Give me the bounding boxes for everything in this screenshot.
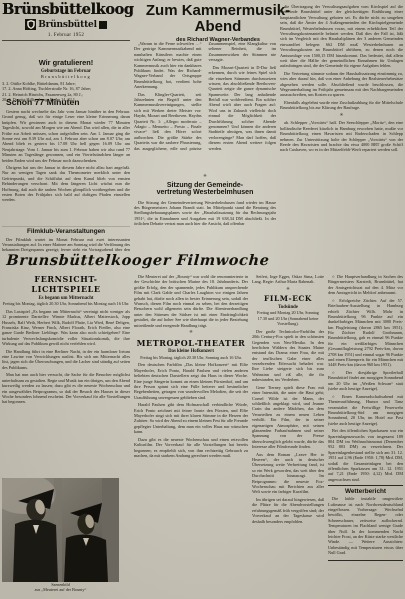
photo-caption-line2: aus „Meuterei auf der Bounty“ [2, 587, 119, 592]
filmeck-body: Der große Technicolor-Farbfilm der 20th … [252, 329, 324, 524]
paragraph: Gene Tierney spielt diese Frau mit einer… [252, 385, 324, 450]
paragraph: „Warum in die Ferne schweifen …“ Der ges… [134, 41, 202, 90]
section-separator: ✳ [134, 174, 276, 179]
paragraph: Harald Paulsen gibt dem Hofmarschall ver… [134, 402, 248, 434]
paragraph: Das Lustspiel „Es begann um Mitternacht“… [2, 309, 130, 347]
fernsicht-body: Das Lustspiel „Es begann um Mitternacht“… [2, 309, 130, 405]
paragraph: Übrigens hat uns der Januar in diesem Ja… [2, 165, 130, 203]
filmwoche-banner: Brunsbüttelkooger Filmwoche [0, 252, 276, 269]
masthead-ornament-block [99, 21, 107, 29]
gemeinde-headline-line1: Sitzung der Gemeinde- [134, 182, 276, 190]
city-crest-icon [25, 19, 36, 30]
paragraph: Die Meuterei auf der „Bounty“ war wohl d… [134, 274, 248, 328]
masthead-city-title: Brünsbüttelkoog [2, 2, 130, 17]
fernsicht-schedule: Freitag bis Montag, täglich 20.30 Uhr, S… [2, 301, 130, 306]
section-filmklub: Filmklub-Veranstaltungen Der Filmklub wa… [2, 226, 130, 254]
section-separator: ✳ [280, 113, 403, 118]
section-metropol-column: Die Meuterei auf der „Bounty“ war wohl d… [134, 274, 248, 596]
gratulieren-town-label: Brunsbüttelkoog [2, 74, 130, 79]
filmklub-headline: Filmklub-Veranstaltungen [2, 228, 130, 235]
filmeck-schedule: Freitag und Montag 20 Uhr, Sonntag 17.30… [252, 310, 324, 326]
paragraph: die Übertragung der Verwaltungsaufgaben … [280, 4, 403, 69]
metropol-schedule: Freitag bis Montag, täglich 20.30 Uhr, S… [134, 355, 248, 360]
sparkasse-report: Bei den öffentlichen Sparkassen war ein … [328, 428, 403, 482]
section-gratulieren: Wir gratulieren! Geburtstage im Februar … [2, 57, 130, 103]
paragraph: Die Sitzung der Gemeindevertretung Weste… [134, 200, 276, 227]
gemeinde-continuation: die Übertragung der Verwaltungsaufgaben … [280, 4, 403, 111]
newspaper-page: Brünsbüttelkoog Brünsbüttel 1. Februar 1… [0, 0, 405, 599]
gratulieren-subtitle: Geburtstage im Februar [2, 69, 130, 74]
section-separator: ✳ [134, 330, 248, 335]
metropol-body: Den deutschen Farbfilm „Das kleine Hofko… [134, 362, 248, 458]
paragraph: Seifert, Inge Egger, Oskar Sima, Lotte L… [252, 274, 324, 285]
section-kammermusik-head: Zum Kammermusik-Abend des Richard Wagner… [134, 3, 302, 43]
right-column-bottom: ○ Die Hauptverhandlung in Sachen des Bür… [328, 274, 403, 596]
paragraph: Dazu gibt es die neueste Wochenschau und… [134, 437, 248, 459]
masthead-district-title: Brünsbüttel [38, 20, 97, 30]
section-fernsicht: FERNSICHT-LICHTSPIELE Es begann um Mitte… [2, 274, 130, 476]
paragraph: ○ Die Hauptverhandlung in Sachen des Bür… [328, 274, 403, 296]
metropol-film-title: Das kleine Hofkonzert [134, 349, 248, 354]
filmeck-film-title: Todsünde [252, 305, 324, 310]
paragraph: ab. Schlepper „Vorwärts“ half. Der Seesc… [280, 120, 403, 152]
issue-date: 1. Februar 1952 [2, 33, 130, 41]
kammermusik-headline: Zum Kammermusik-Abend [134, 3, 302, 35]
paragraph: Im übrigen sei darauf hingewiesen, daß d… [252, 497, 324, 524]
section-77-minuten: Schon 77 Minuten Gestern nacht wechselte… [2, 97, 130, 225]
paragraph: Gestern nacht wechselte das Jahr vom Jan… [2, 109, 130, 163]
masthead: Brünsbüttelkoog Brünsbüttel 1. Februar 1… [2, 2, 130, 41]
paragraph: Den deutschen Farbfilm „Das kleine Hofko… [134, 362, 248, 400]
paragraph: Das Mozart-Quartett in D-Dur ließ erkenn… [209, 65, 277, 151]
section-separator: ✳ [252, 287, 324, 292]
paragraph: ○ Erfolgreiche Züchter. Auf der 57. Brie… [328, 298, 403, 368]
fernsicht-film-title: Es begann um Mitternacht [2, 296, 130, 301]
bounty-scene-illustration [2, 478, 119, 582]
paragraph: Ebenfalls abgelehnt wurde eine Zuschußza… [280, 100, 403, 111]
weather-headline: Wetterbericht [328, 488, 403, 495]
paragraph: Die Vertretung stimmte sodann der Hausha… [280, 71, 403, 98]
filmeck-cinema-name: FILM-ECK [252, 294, 324, 303]
schlepper-brief: ab. Schlepper „Vorwärts“ half. Der Seesc… [280, 120, 403, 152]
paragraph: Aus dem Roman „Leave Her to Heaven“, der… [252, 452, 324, 495]
gratulieren-title: Wir gratulieren! [2, 58, 130, 67]
gemeinde-headline-line2: vertretung Westerbelmhusen [134, 189, 276, 197]
paragraph: Der große Technicolor-Farbfilm der 20th … [252, 329, 324, 383]
cast-carryover: Seifert, Inge Egger, Oskar Sima, Lotte L… [252, 274, 324, 285]
weather-box: Wetterbericht Die kühle instabile umgewä… [328, 485, 403, 560]
news-briefs: ○ Die Hauptverhandlung in Sachen des Bür… [328, 274, 403, 426]
minuten-headline: Schon 77 Minuten [6, 97, 130, 107]
shield-icon [27, 20, 35, 29]
fernsicht-cinema-name: FERNSICHT-LICHTSPIELE [2, 274, 130, 294]
masthead-subtitle-row: Brünsbüttel [2, 19, 130, 30]
weather-body: Die kühle instabile umgewälzte Luftmasse… [328, 496, 403, 555]
right-column-top: die Übertragung der Verwaltungsaufgaben … [280, 4, 403, 252]
photo-scene-bounty: Szenenbild aus „Meuterei auf der Bounty“ [2, 478, 119, 582]
photo-caption: Szenenbild aus „Meuterei auf der Bounty“ [2, 582, 119, 593]
paragraph: Die kühle instabile umgewälzte Luftmasse… [328, 496, 403, 555]
kammermusik-paragraphs: „Warum in die Ferne schweifen …“ Der ges… [134, 41, 276, 152]
kammermusik-body: „Warum in die Ferne schweifen …“ Der ges… [134, 41, 276, 171]
section-gemeinde: ✳ Sitzung der Gemeinde- vertretung Weste… [134, 172, 276, 252]
section-filmeck-column: Seifert, Inge Egger, Oskar Sima, Lotte L… [252, 274, 324, 596]
paragraph: ○ Einen Kameradschaftsabend mit Theatera… [328, 394, 403, 426]
paragraph: Die Handlung führt in eine Berliner Nach… [2, 349, 130, 371]
gemeinde-body: Die Sitzung der Gemeindevertretung Weste… [134, 200, 276, 227]
metropol-cinema-name: METROPOL-THEATER [134, 338, 248, 348]
bounty-review: Die Meuterei auf der „Bounty“ war wohl d… [134, 274, 248, 328]
paragraph: ○ Der diesjährige Sportlerball Brunsbütt… [328, 370, 403, 392]
paragraph: Man hat nun auch hier versucht, die Sach… [2, 372, 130, 404]
minuten-body: Gestern nacht wechselte das Jahr vom Jan… [2, 109, 130, 203]
filmwoche-banner-text: Brunsbüttelkooger Filmwoche [0, 252, 277, 269]
